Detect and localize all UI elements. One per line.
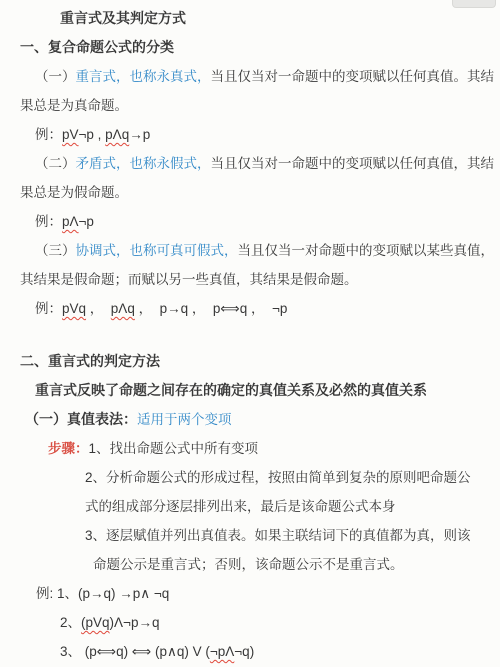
doc-line: 2、分析命题公式的形成过程，按照由简单到复杂的原则吧命题公 [0,463,500,492]
doc-line: 一、复合命题公式的分类 [0,33,500,62]
page-edge-artifact [452,0,496,8]
text-segment: 当且仅当一对命题中的变项赋以某些真值， [238,243,495,258]
text-segment: 式的组成部分逐层排列出来，最后是该命题公式本身 [85,499,396,514]
doc-line: 3、 (p⟺q) ⟺ (p∧q) V (¬pΛ¬q) [0,637,500,666]
heading-text: 重言式反映了命题之间存在的确定的真值关系及必然的真值关系 [35,382,427,398]
text-segment: 1、找出命题公式中所有变项 [89,441,259,456]
doc-line: 例：pΛ¬p [0,207,500,236]
doc-line: 其结果是假命题；而赋以另一些真值，其结果是假命题。 [0,265,500,294]
text-segment: 果总是为真命题。 [20,98,128,113]
formula-misspelled-text: pΛq [105,127,129,142]
highlight-text: 适用于两个变项 [137,412,232,427]
text-segment: 命题公示是重言式；否则，该命题公示不是重言式。 [93,557,404,572]
text-segment: 2、分析命题公式的形成过程，按照由简单到复杂的原则吧命题公 [85,470,471,485]
text-segment: 3、逐层赋值并列出真值表。如果主联结词下的真值都为真，则该 [85,528,471,543]
doc-line: （一）重言式，也称永真式，当且仅当对一命题中的变项赋以任何真值。其结 [0,62,500,91]
heading-text: 二、重言式的判定方法 [20,353,160,369]
text-segment: （三） [35,243,76,258]
formula-misspelled-text: pVq [62,301,86,316]
text-segment: 例： [35,214,62,229]
doc-line: 2、(pVq)Λ¬p→q [0,608,500,637]
text-segment: 2、 [60,615,81,630]
doc-line: 例: 1、(p→q) →p∧ ¬q [0,579,500,608]
document-page: 重言式及其判定方式一、复合命题公式的分类（一）重言式，也称永真式，当且仅当对一命… [0,0,500,667]
doc-line: 果总是为假命题。 [0,178,500,207]
doc-line: 重言式及其判定方式 [0,4,500,33]
text-segment: ¬p [79,214,94,229]
text-segment: )Λ¬p→q [110,615,160,630]
formula-misspelled-text: pΛq [111,301,135,316]
text-segment: →p [129,127,150,142]
doc-line: （三）协调式，也称可真可假式，当且仅当一对命题中的变项赋以某些真值， [0,236,500,265]
doc-line: 果总是为真命题。 [0,91,500,120]
formula-misspelled-text: (pVq [81,615,110,630]
heading-text: 一、复合命题公式的分类 [20,39,174,55]
text-segment: ¬p , [79,127,106,142]
doc-line: （一）真值表法：适用于两个变项 [0,405,500,434]
doc-line: 命题公示是重言式；否则，该命题公示不是重言式。 [0,550,500,579]
text-segment: 其结果是假命题；而赋以另一些真值，其结果是假命题。 [20,272,358,287]
doc-line: （二）矛盾式，也称永假式，当且仅当对一命题中的变项赋以任何真值，其结 [0,149,500,178]
text-segment: ， [86,301,111,316]
text-segment: （二） [35,156,76,171]
doc-line: 例：pV¬p , pΛq→p [0,120,500,149]
formula-misspelled-text: ¬pΛ [210,644,234,659]
heading-text: 重言式及其判定方式 [60,10,186,26]
doc-line: 重言式反映了命题之间存在的确定的真值关系及必然的真值关系 [0,376,500,405]
formula-misspelled-text: pΛ [62,214,79,229]
text-segment: ， p→q ， p⟺q ， ¬p [135,301,288,316]
text-segment: 例： [35,301,62,316]
highlight-text: 重言式，也称永真式， [76,69,211,84]
highlight-text: 矛盾式，也称永假式， [76,156,211,171]
text-segment: 当且仅当对一命题中的变项赋以任何真值。其结 [211,69,495,84]
text-segment: 果总是为假命题。 [20,185,128,200]
text-segment: （一） [35,69,76,84]
doc-line: 步骤：1、找出命题公式中所有变项 [0,434,500,463]
highlight-text: 协调式，也称可真可假式， [76,243,238,258]
text-segment: 当且仅当对一命题中的变项赋以任何真值，其结 [211,156,495,171]
doc-line: 二、重言式的判定方法 [0,347,500,376]
text-segment: 3、 (p⟺q) ⟺ (p∧q) V ( [60,644,210,659]
doc-line: 式的组成部分逐层排列出来，最后是该命题公式本身 [0,492,500,521]
text-segment: ¬q) [234,644,254,659]
doc-line: 3、逐层赋值并列出真值表。如果主联结词下的真值都为真，则该 [0,521,500,550]
heading-text: （一）真值表法： [25,411,137,427]
formula-misspelled-text: pV [62,127,79,142]
text-segment: 例： [35,127,62,142]
steps-label: 步骤： [48,441,89,456]
document-body: 重言式及其判定方式一、复合命题公式的分类（一）重言式，也称永真式，当且仅当对一命… [0,4,500,666]
doc-line: 例：pVq ， pΛq ， p→q ， p⟺q ， ¬p [0,294,500,323]
text-segment: 例: 1、(p→q) →p∧ ¬q [36,586,169,601]
